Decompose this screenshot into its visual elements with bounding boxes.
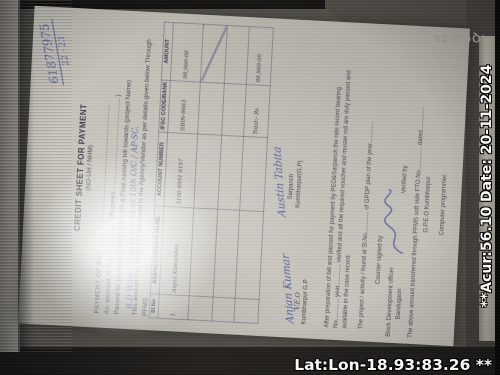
- verified-signature-squiggle: [378, 186, 412, 257]
- empty-amount-cell-slash: [200, 24, 227, 83]
- total-amount: 99,960-00: [246, 27, 273, 86]
- bdo-line-2: Bandugaon: [394, 288, 406, 319]
- iqoo-watermark: iQOO Z6: [433, 32, 485, 44]
- footer-computer-programmer: Computer programmer.: [437, 173, 450, 235]
- veo-signature: Anjan Kumar: [280, 253, 297, 323]
- row1-account-number: 3100 8991 9197: [164, 132, 198, 207]
- sarpanch-signature: Austin Tabita: [271, 146, 288, 217]
- row1-amount: 99,960-00: [170, 23, 203, 82]
- payment-table: Sl.No AGENCY/VENDOR NAME ACCOUNT NUMBER …: [148, 22, 273, 324]
- row1-vendor-name: Anjan Kumandan: [159, 206, 194, 295]
- background-left-band: [0, 0, 20, 352]
- background-right-edge: [495, 0, 500, 375]
- veo-signature-block: Anjan Kumar V.E.O Kumbharpur G.P: [280, 254, 312, 325]
- total-label: Total:- Rs: [244, 84, 271, 137]
- sarpanch-gp: Kumbharpur(G.P): [294, 147, 305, 208]
- camera-photo: 61877975 22 - 23 CREDIT SHEET FOR PAYMEN…: [0, 0, 500, 375]
- left-edge-shadow: [18, 0, 34, 352]
- paper-document: 61877975 22 - 23 CREDIT SHEET FOR PAYMEN…: [18, 6, 470, 346]
- row1-slno: 1.: [158, 294, 189, 320]
- latlon-overlay-text: Lat:Lon-18.93:83.26 **: [294, 356, 492, 374]
- sarpanch-signature-block: Austin Tabita Sarpanch Kumbharpur(G.P): [272, 146, 306, 218]
- ref-number-block: 61877975 22 - 23: [37, 17, 75, 88]
- row1-ifsc: SBIN-9663: [168, 81, 201, 134]
- accuracy-date-overlay-text: **Acur:56.10 Date: 20-11-2024: [479, 65, 495, 308]
